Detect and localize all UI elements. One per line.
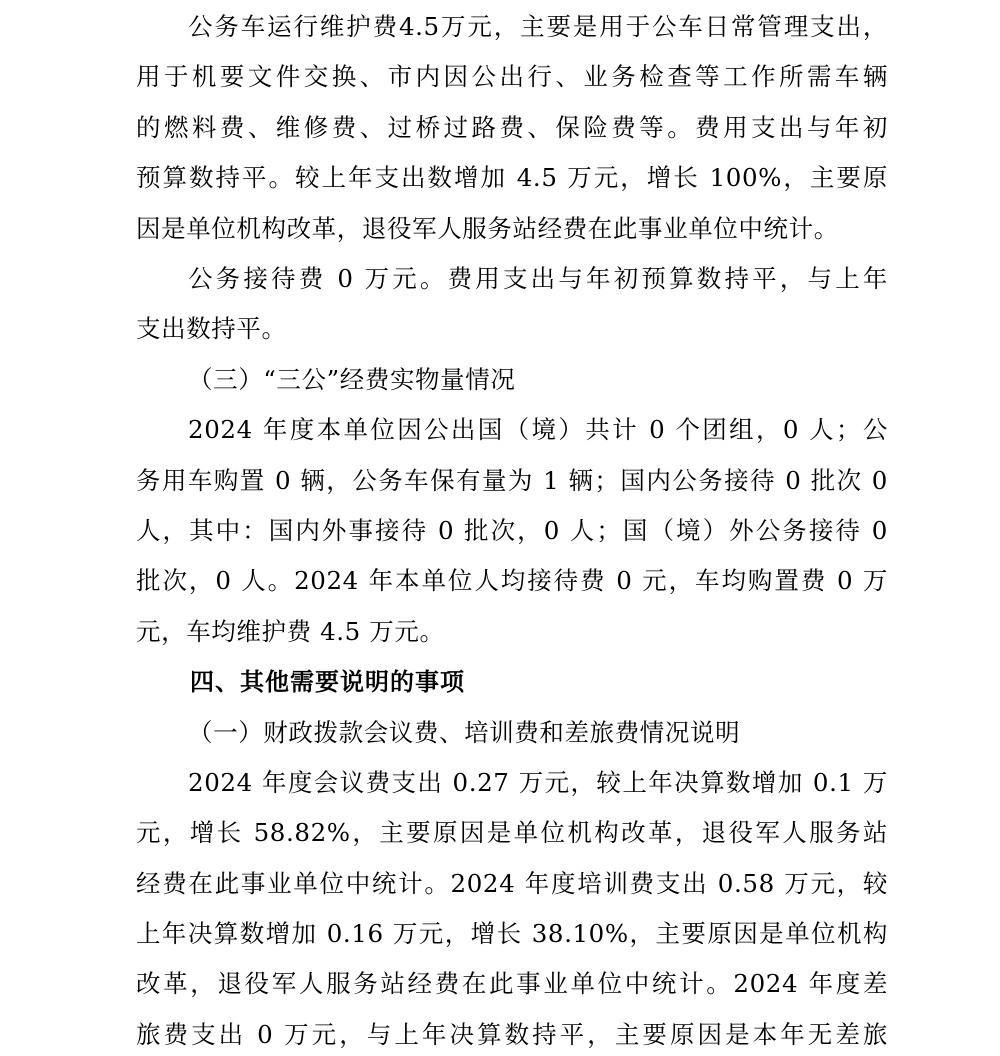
sub-heading-three-public-quantities: （三）“三公”经费实物量情况	[136, 355, 888, 405]
text-line: 批次，0 人。2024 年本单位人均接待费 0 元，车均购置费 0 万	[136, 556, 888, 606]
document-page: 公务车运行维护费4.5万元，主要是用于公车日常管理支出， 用于机要文件交换、市内…	[136, 2, 888, 1056]
text-line: 务用车购置 0 辆，公务车保有量为 1 辆；国内公务接待 0 批次 0	[136, 456, 888, 506]
text-line: 支出数持平。	[136, 304, 888, 354]
sub-heading-meeting-training-travel: （一）财政拨款会议费、培训费和差旅费情况说明	[136, 708, 888, 758]
text-line: 因是单位机构改革，退役军人服务站经费在此事业单位中统计。	[136, 204, 888, 254]
text-line: 元，增长 58.82%，主要原因是单位机构改革，退役军人服务站	[136, 808, 888, 858]
paragraph-vehicle-maintenance: 公务车运行维护费4.5万元，主要是用于公车日常管理支出， 用于机要文件交换、市内…	[136, 2, 888, 254]
text-line: 2024 年度本单位因公出国（境）共计 0 个团组，0 人；公	[136, 405, 888, 455]
text-line: 人，其中：国内外事接待 0 批次，0 人；国（境）外公务接待 0	[136, 506, 888, 556]
text-line: 2024 年度会议费支出 0.27 万元，较上年决算数增加 0.1 万	[136, 758, 888, 808]
section-heading-other-matters: 四、其他需要说明的事项	[136, 657, 888, 707]
text-line: 元，车均维护费 4.5 万元。	[136, 607, 888, 657]
paragraph-physical-quantities: 2024 年度本单位因公出国（境）共计 0 个团组，0 人；公 务用车购置 0 …	[136, 405, 888, 657]
paragraph-meeting-training-travel: 2024 年度会议费支出 0.27 万元，较上年决算数增加 0.1 万 元，增长…	[136, 758, 888, 1056]
text-line: 公务车运行维护费4.5万元，主要是用于公车日常管理支出，	[136, 2, 888, 52]
text-line: 经费在此事业单位中统计。2024 年度培训费支出 0.58 万元，较	[136, 859, 888, 909]
text-line: 用于机要文件交换、市内因公出行、业务检查等工作所需车辆	[136, 52, 888, 102]
text-line: 改革，退役军人服务站经费在此事业单位中统计。2024 年度差	[136, 959, 888, 1009]
text-line: 公务接待费 0 万元。费用支出与年初预算数持平，与上年	[136, 254, 888, 304]
text-line: 旅费支出 0 万元，与上年决算数持平，主要原因是本年无差旅	[136, 1010, 888, 1056]
text-line: 上年决算数增加 0.16 万元，增长 38.10%，主要原因是单位机构	[136, 909, 888, 959]
text-line: 的燃料费、维修费、过桥过路费、保险费等。费用支出与年初	[136, 103, 888, 153]
text-line: 预算数持平。较上年支出数增加 4.5 万元，增长 100%，主要原	[136, 153, 888, 203]
paragraph-reception-expense: 公务接待费 0 万元。费用支出与年初预算数持平，与上年 支出数持平。	[136, 254, 888, 355]
